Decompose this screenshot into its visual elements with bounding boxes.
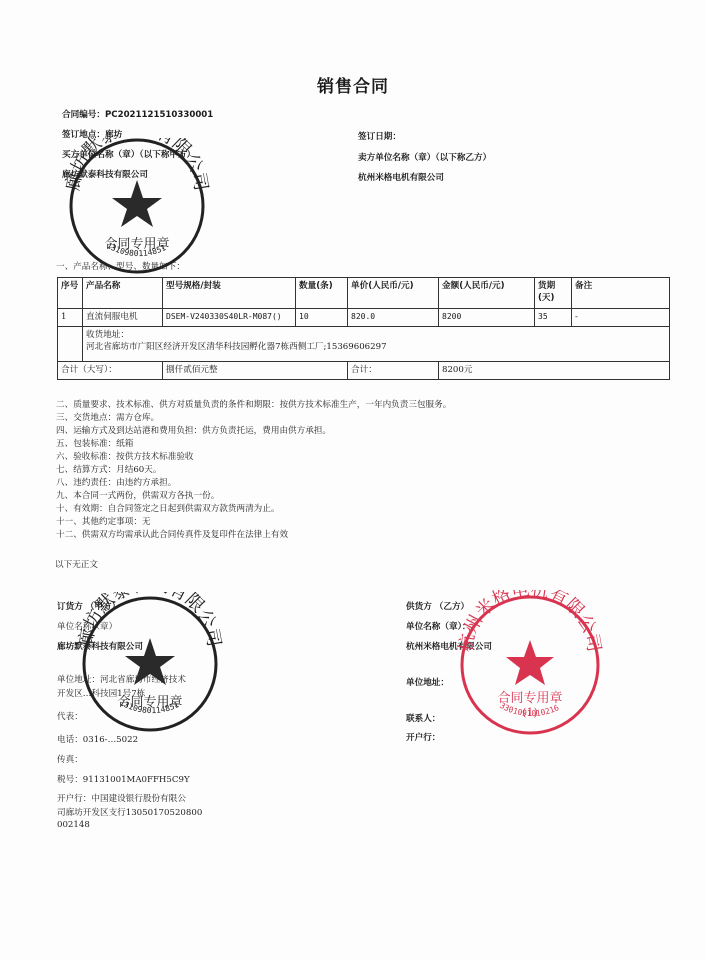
- star-icon: [506, 640, 554, 685]
- cell-no: 1: [58, 309, 83, 327]
- seller-name: 杭州米格电机有限公司: [358, 171, 444, 183]
- term-6: 六、验收标准：按供方技术标准验收: [56, 450, 194, 462]
- svg-text:廊坊默泰科技有限公司: 廊坊默泰科技有限公司: [63, 138, 212, 192]
- buyer-fax-label: 传真：: [57, 753, 83, 765]
- term-10: 十、有效期：自合同签定之日起到供需双方款货两清为止。: [56, 502, 279, 514]
- buyer-rep-label: 代表：: [57, 710, 83, 722]
- buyer-address-label: 单位地址：: [57, 675, 100, 685]
- contract-number-label: 合同编号：: [62, 110, 105, 120]
- sign-date: 签订日期：: [358, 130, 401, 142]
- svg-text:3301091010216: 3301091010216: [498, 701, 560, 718]
- buyer-label: 买方单位名称（章）（以下称甲方）: [62, 148, 195, 160]
- contract-number: 合同编号：PC2021121510330001: [62, 108, 213, 120]
- buyer-bank-line1: 中国建设银行股份有限公: [91, 794, 186, 804]
- buyer-name-label: 单位名称（章）: [57, 620, 117, 632]
- buyer-bank-line3: 002148: [57, 820, 90, 830]
- term-4: 四、运输方式及到达站港和费用负担：供方负责托运，费用由供方承担。: [56, 424, 331, 436]
- contract-number-value: PC2021121510330001: [105, 110, 213, 120]
- header-remark: 备注: [572, 278, 670, 309]
- header-unit-price: 单价(人民币/元): [348, 278, 439, 309]
- address-cell: 收货地址： 河北省廊坊市广阳区经济开发区清华科技园孵化器7栋西侧工厂;15369…: [83, 327, 670, 362]
- sign-place-value: 廊坊: [105, 130, 122, 140]
- total-label: 合计：: [348, 362, 439, 380]
- address-label: 收货地址：: [86, 329, 666, 341]
- term-7: 七、结算方式：月结60天。: [56, 463, 161, 475]
- term-11: 十一、其他约定事项：无: [56, 515, 151, 527]
- header-no: 序号: [58, 278, 83, 309]
- cell-quantity: 10: [296, 309, 348, 327]
- buyer-bank: 开户行：中国建设银行股份有限公: [57, 792, 186, 804]
- document-title: 销售合同: [0, 72, 706, 97]
- buyer-bank-label: 开户行：: [57, 794, 91, 804]
- buyer-tax-value: 91131001MA0FFH5C9Y: [83, 775, 190, 785]
- buyer-tax-label: 税号：: [57, 775, 83, 785]
- term-3: 三、交货地点：需方仓库。: [56, 411, 159, 423]
- star-icon: [112, 180, 162, 227]
- header-model: 型号规格/封装: [163, 278, 296, 309]
- cell-lead-time: 35: [535, 309, 572, 327]
- seller-name-label: 单位名称（章）：: [406, 620, 470, 632]
- header-product-name: 产品名称: [83, 278, 163, 309]
- buyer-stamp-bottom: 廊坊默泰科技有限公司 合同专用章 1310980114851: [75, 592, 225, 737]
- buyer-company-name: 廊坊默泰科技有限公司: [57, 640, 143, 652]
- section-1-title: 一、产品名称、型号、数量如下：: [56, 260, 185, 272]
- seller-address-label: 单位地址：: [406, 676, 449, 688]
- total-upper-label: 合计（大写）：: [58, 362, 163, 380]
- seller-heading: 供货方 （乙方）: [406, 600, 469, 612]
- address-value: 河北省廊坊市广阳区经济开发区清华科技园孵化器7栋西侧工厂;15369606297: [86, 341, 666, 353]
- svg-text:1310980114851: 1310980114851: [105, 241, 167, 258]
- buyer-address-line2: 开发区…科技园1号7栋: [57, 687, 145, 699]
- term-8: 八、违约责任：由违约方承担。: [56, 476, 176, 488]
- seller-bank-label: 开户行：: [406, 731, 440, 743]
- address-spacer: [58, 327, 83, 362]
- term-9: 九、本合同一式两份，供需双方各执一份。: [56, 489, 219, 501]
- sign-place-label: 签订地点：: [62, 130, 105, 140]
- svg-text:1310980114851: 1310980114851: [118, 698, 180, 715]
- buyer-phone: 电话：0316-…5022: [57, 733, 138, 745]
- table-row: 1 直流伺服电机 DSEM-V240330S40LR-M087() 10 820…: [58, 309, 670, 327]
- table-header-row: 序号 产品名称 型号规格/封装 数量(条) 单价(人民币/元) 金额(人民币/元…: [58, 278, 670, 309]
- total-upper-value: 捌仟贰佰元整: [163, 362, 348, 380]
- buyer-bank-line2: 司廊坊开发区支行13050170520800: [57, 806, 202, 818]
- term-12: 十二、供需双方均需承认此合同传真件及复印件在法律上有效: [56, 528, 288, 540]
- svg-text:(1): (1): [522, 706, 538, 719]
- items-table: 序号 产品名称 型号规格/封装 数量(条) 单价(人民币/元) 金额(人民币/元…: [57, 277, 670, 380]
- buyer-phone-label: 电话：: [57, 735, 83, 745]
- sign-place: 签订地点：廊坊: [62, 128, 122, 140]
- svg-text:合同专用章: 合同专用章: [497, 690, 562, 706]
- svg-text:合同专用章: 合同专用章: [104, 236, 169, 252]
- seller-contact-label: 联系人：: [406, 712, 440, 724]
- buyer-address: 单位地址：河北省廊坊市经济技术: [57, 673, 186, 685]
- term-2: 二、质量要求、技术标准、供方对质量负责的条件和期限：按供方技术标准生产，一年内负…: [56, 398, 451, 410]
- buyer-address-line1: 河北省廊坊市经济技术: [100, 675, 186, 685]
- cell-product-name: 直流伺服电机: [83, 309, 163, 327]
- total-row: 合计（大写）： 捌仟贰佰元整 合计： 8200元: [58, 362, 670, 380]
- header-quantity: 数量(条): [296, 278, 348, 309]
- buyer-heading: 订货方 （甲方）: [57, 600, 120, 612]
- address-row: 收货地址： 河北省廊坊市广阳区经济开发区清华科技园孵化器7栋西侧工厂;15369…: [58, 327, 670, 362]
- cell-model: DSEM-V240330S40LR-M087(): [163, 309, 296, 327]
- cell-remark: -: [572, 309, 670, 327]
- header-amount: 金额(人民币/元): [439, 278, 535, 309]
- end-note: 以下无正文: [55, 558, 98, 570]
- buyer-name: 廊坊默泰科技有限公司: [62, 168, 148, 180]
- cell-unit-price: 820.0: [348, 309, 439, 327]
- total-value: 8200元: [439, 362, 670, 380]
- seller-company-name: 杭州米格电机有限公司: [406, 640, 492, 652]
- seller-stamp: 杭州米格电机有限公司 合同专用章 (1) 3301091010216: [455, 590, 605, 740]
- seller-label: 卖方单位名称（章）（以下称乙方）: [358, 151, 491, 163]
- contract-page: 销售合同 合同编号：PC2021121510330001 签订地点：廊坊 买方单…: [0, 0, 706, 960]
- buyer-phone-value: 0316-…5022: [83, 735, 138, 745]
- cell-amount: 8200: [439, 309, 535, 327]
- sign-date-label: 签订日期：: [358, 132, 401, 142]
- buyer-tax: 税号：91131001MA0FFH5C9Y: [57, 773, 190, 785]
- term-5: 五、包装标准：纸箱: [56, 437, 133, 449]
- header-lead-time: 货期(天): [535, 278, 572, 309]
